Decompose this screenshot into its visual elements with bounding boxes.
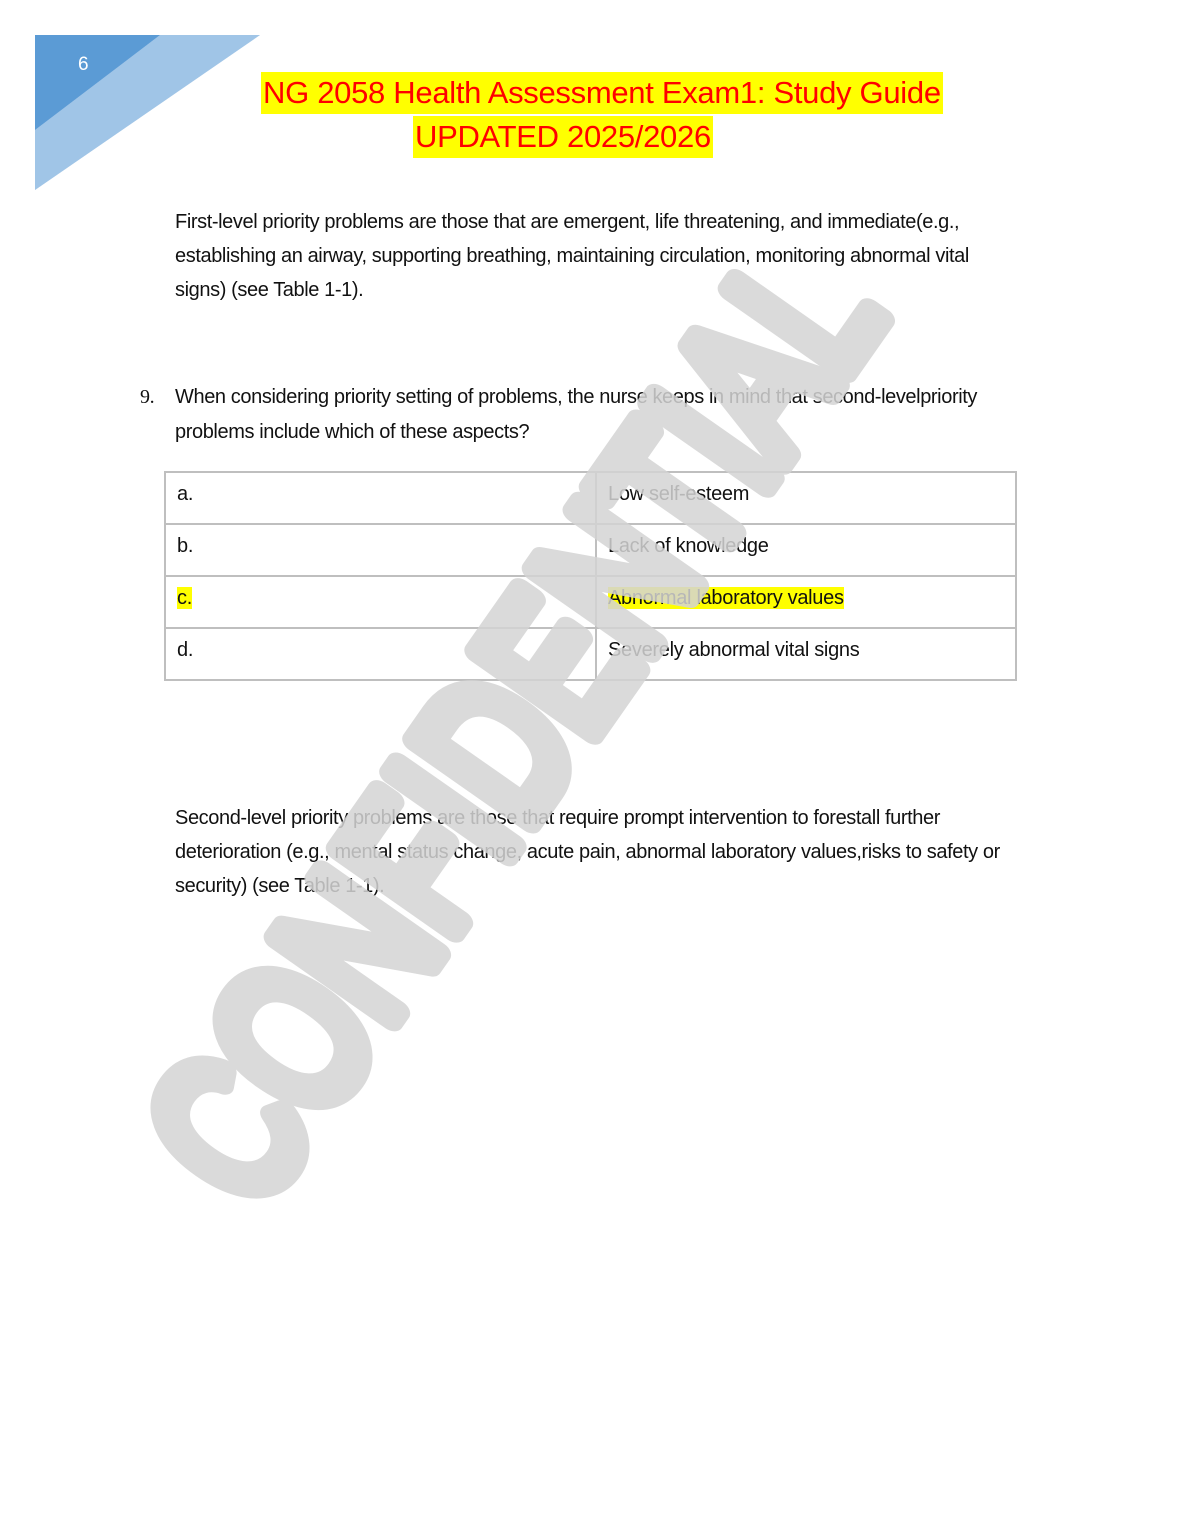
question-text: When considering priority setting of pro… bbox=[175, 380, 1015, 450]
option-letter: a. bbox=[177, 483, 193, 505]
title-line-1: NG 2058 Health Assessment Exam1: Study G… bbox=[261, 72, 943, 114]
option-row: d. Severely abnormal vital signs bbox=[165, 628, 1016, 680]
answer-options-table: a. Low self-esteem b. Lack of knowledge … bbox=[164, 471, 1017, 681]
option-letter: c. bbox=[177, 587, 192, 609]
watermark-text: CONFIDENTIAL bbox=[103, 208, 922, 1240]
title-line-2: UPDATED 2025/2026 bbox=[413, 116, 713, 158]
option-text-highlighted: Abnormal laboratory values bbox=[608, 587, 844, 609]
option-letter: d. bbox=[177, 639, 193, 661]
option-row: b. Lack of knowledge bbox=[165, 524, 1016, 576]
second-level-rationale: Second-level priority problems are those… bbox=[175, 801, 1015, 903]
option-text: Low self-esteem bbox=[608, 483, 749, 505]
option-row: a. Low self-esteem bbox=[165, 472, 1016, 524]
page-number: 6 bbox=[78, 54, 89, 76]
option-text: Lack of knowledge bbox=[608, 535, 769, 557]
option-text: Severely abnormal vital signs bbox=[608, 639, 859, 661]
first-level-rationale: First-level priority problems are those … bbox=[175, 205, 1015, 307]
corner-triangle-decoration bbox=[0, 0, 300, 220]
option-letter: b. bbox=[177, 535, 193, 557]
option-row-correct: c. Abnormal laboratory values bbox=[165, 576, 1016, 628]
question-number: 9. bbox=[140, 380, 154, 415]
